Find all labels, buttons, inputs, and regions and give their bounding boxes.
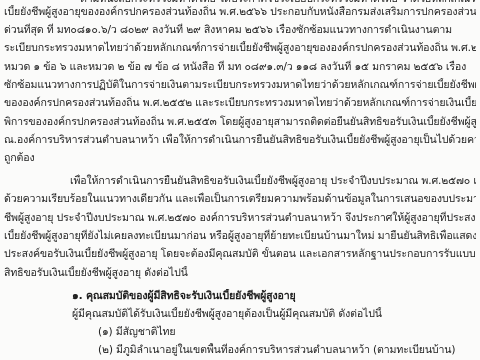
paragraph2-line: ด้วยความเรียบร้อยในแนวทางเดียวกัน และเพื… [4, 192, 476, 206]
qualification-item: (๒) มีภูมิลำเนาอยู่ในเขตพื้นที่องค์การบร… [98, 343, 476, 357]
section-intro: ผู้มีคุณสมบัติได้รับเงินเบี้ยยังชีพผู้สู… [72, 307, 476, 321]
paragraph1-line: ณ.องค์การบริหารส่วนตำบลนาหว้า เพื่อให้กา… [4, 133, 476, 147]
paragraph2-line: ประสงค์ขอรับเงินเบี้ยยังชีพผู้สูงอายุ โด… [4, 247, 476, 261]
paragraph2-line: เบี้ยยังชีพผู้สูงอายุที่ยังไม่เคยลงทะเบี… [4, 229, 476, 243]
paragraph1-line: ซักซ้อมแนวทางการปฏิบัติในการจ่ายเงินตามร… [4, 78, 476, 92]
paragraph2-line: สิทธิขอรับเงินเบี้ยยังชีพผู้สูงอายุ ดังต… [4, 266, 476, 280]
paragraph1-line: ถูกต้อง [4, 151, 476, 165]
paragraph2-line: ชีพผู้สูงอายุ ประจำปีงบประมาณ พ.ศ.๒๕๗๐ อ… [4, 211, 476, 225]
paragraph1-line: ด่วนที่สุด ที่ มท๐๘๑๐.๖/ว ๘๐๒๙ ลงวันที่ … [4, 23, 476, 37]
paragraph1-line: เบี้ยยังชีพผู้สูงอายุขององค์กรปกครองส่วน… [4, 5, 476, 19]
paragraph1-line: หมวด ๑ ข้อ ๖ และหมวด ๒ ข้อ ๗ ข้อ ๘ หนังส… [4, 60, 476, 74]
section-heading: ๑. คุณสมบัติของผู้มีสิทธิจะรับเงินเบี้ยย… [72, 289, 476, 303]
paragraph2-first-line: เพื่อให้การดำเนินการยืนยันสิทธิขอรับเงิน… [70, 174, 476, 188]
paragraph1-line: ระเบียบกระทรวงมหาดไทยว่าด้วยหลักเกณฑ์การ… [4, 41, 476, 55]
paragraph1-line: พิการขององค์กรปกครองส่วนท้องถิ่น พ.ศ.๒๕๕… [4, 115, 476, 129]
qualification-item: (๑) มีสัญชาติไทย [98, 325, 476, 339]
document-page: ตามหนังสือกระทรวงมหาดไทย ได้ประกาศใช้ระเ… [0, 0, 480, 360]
paragraph1-line: ขององค์กรปกครองส่วนท้องถิ่น พ.ศ.๒๕๕๒ และ… [4, 96, 476, 110]
